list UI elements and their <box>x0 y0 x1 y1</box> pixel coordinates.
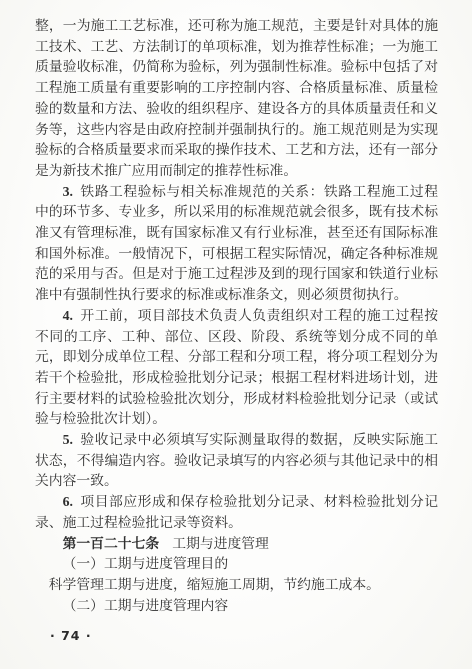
item-number-3: 3. <box>63 184 73 199</box>
item-text-6: 项目部应形成和保存检验批划分记录、材料检验批划分记录、施工过程检验批记录等资料。 <box>35 494 438 530</box>
subsection-one: （一）工期与进度管理目的 <box>35 554 438 575</box>
numbered-item-3: 3.铁路工程验标与相关标准规范的关系：铁路工程施工过程中的环节多、专业多，所以采… <box>35 182 438 306</box>
item-text-3: 铁路工程验标与相关标准规范的关系：铁路工程施工过程中的环节多、专业多，所以采用的… <box>35 184 438 303</box>
paragraph-continuation: 整，一为施工工艺标准，还可称为施工规范，主要是针对具体的施工技术、工艺、方法制订… <box>35 16 438 182</box>
article-title: 工期与进度管理 <box>172 536 269 551</box>
article-heading: 第一百二十七条工期与进度管理 <box>35 534 438 555</box>
page-text-block: 整，一为施工工艺标准，还可称为施工规范，主要是针对具体的施工技术、工艺、方法制订… <box>35 16 438 616</box>
numbered-item-4: 4.开工前，项目部技术负责人负责组织对工程的施工过程按不同的工序、工种、部位、区… <box>35 306 438 430</box>
subsection-two: （二）工期与进度管理内容 <box>35 596 438 617</box>
item-text-5: 验收记录中必须填写实际测量取得的数据，反映实际施工状态，不得编造内容。验收记录填… <box>35 432 438 488</box>
page-number: · 74 · <box>50 628 92 643</box>
aim-paragraph: 科学管理工期与进度，缩短施工周期，节约施工成本。 <box>35 575 438 596</box>
book-page: 整，一为施工工艺标准，还可称为施工规范，主要是针对具体的施工技术、工艺、方法制订… <box>0 0 472 669</box>
numbered-item-6: 6.项目部应形成和保存检验批划分记录、材料检验批划分记录、施工过程检验批记录等资… <box>35 492 438 533</box>
article-number: 第一百二十七条 <box>63 536 160 551</box>
item-number-6: 6. <box>63 494 73 509</box>
item-number-4: 4. <box>63 308 73 323</box>
numbered-item-5: 5.验收记录中必须填写实际测量取得的数据，反映实际施工状态，不得编造内容。验收记… <box>35 430 438 492</box>
item-number-5: 5. <box>63 432 73 447</box>
item-text-4: 开工前，项目部技术负责人负责组织对工程的施工过程按不同的工序、工种、部位、区段、… <box>35 308 438 427</box>
